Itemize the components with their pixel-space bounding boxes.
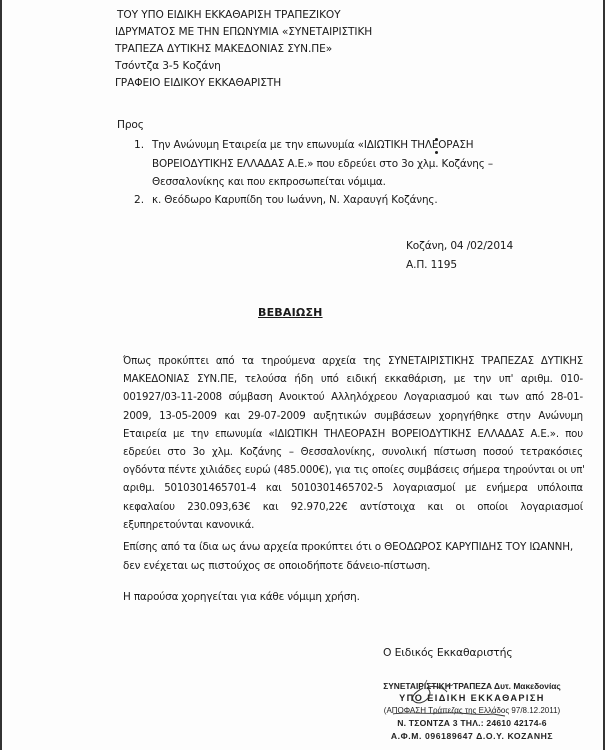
letterhead-line: Τσόντζα 3-5 Κοζάνη bbox=[115, 59, 221, 73]
recipient-line: Την Ανώνυμη Εταιρεία με την επωνυμία «ΙΔ… bbox=[152, 138, 473, 152]
paragraph-line: Όπως προκύπτει από τα τηρούμενα αρχεία τ… bbox=[123, 353, 583, 371]
paragraph-line: ογδόντα πέντε χιλιάδες ευρώ (485.000€), … bbox=[123, 462, 583, 480]
paragraph-closing: Η παρούσα χορηγείται για κάθε νόμιμη χρή… bbox=[123, 590, 360, 604]
stamp-line: (ΑΠΟΦΑΣΗ Τράπεζας της Ελλάδος 97/8.12.20… bbox=[372, 705, 572, 717]
paragraph-main: Όπως προκύπτει από τα τηρούμενα αρχεία τ… bbox=[123, 353, 583, 535]
paragraph-line: ΜΑΚΕΔΟΝΙΑΣ ΣΥΝ.ΠΕ, τελούσα ήδη υπό ειδικ… bbox=[123, 371, 583, 389]
document-page: ΤΟΥ ΥΠΟ ΕΙΔΙΚΗ ΕΚΚΑΘΑΡΙΣΗ ΤΡΑΠΕΖΙΚΟΥ ΙΔΡ… bbox=[0, 0, 605, 750]
recipient-line: ΒΟΡΕΙΟΔΥΤΙΚΗΣ ΕΛΛΑΔΑΣ Α.Ε.» που εδρεύει … bbox=[152, 157, 493, 171]
protocol-number: Α.Π. 1195 bbox=[406, 258, 457, 272]
paragraph-line: εδρεύει στο 3ο χλμ. Κοζάνης – Θεσσαλονίκ… bbox=[123, 444, 583, 462]
paragraph-line: αριθμ. 5010301465701-4 και 5010301465702… bbox=[123, 480, 583, 498]
document-title: ΒΕΒΑΙΩΣΗ bbox=[258, 306, 323, 319]
paragraph-line: εξυπηρετούνται κανονικά. bbox=[123, 517, 583, 535]
pen-mark bbox=[435, 138, 438, 141]
paragraph-line: 001927/03-11-2008 σύμβαση Ανοικτού Αλληλ… bbox=[123, 389, 583, 407]
letterhead-line: ΓΡΑΦΕΙΟ ΕΙΔΙΚΟΥ ΕΚΚΑΘΑΡΙΣΤΗ bbox=[115, 76, 281, 90]
recipient-number: 1. bbox=[134, 138, 144, 152]
recipients-label: Προς bbox=[117, 118, 144, 132]
paragraph-line: 2009, 13-05-2009 και 29-07-2009 αυξητικώ… bbox=[123, 408, 583, 426]
recipient-line: Θεσσαλονίκης και που εκπροσωπείται νόμιμ… bbox=[152, 175, 386, 189]
letterhead-line: ΤΟΥ ΥΠΟ ΕΙΔΙΚΗ ΕΚΚΑΘΑΡΙΣΗ ΤΡΑΠΕΖΙΚΟΥ bbox=[117, 8, 341, 22]
recipient-line-text: ΒΟΡΕΙΟΔΥΤΙΚΗΣ ΕΛΛΑΔΑΣ Α.Ε.» που εδρεύει … bbox=[152, 158, 493, 170]
paragraph-line: Επίσης από τα ίδια ως άνω αρχεία προκύπτ… bbox=[123, 540, 573, 554]
paragraph-line: δεν ενέχεται ως πιστούχος σε οποιοδήποτε… bbox=[123, 559, 430, 573]
stamp-line: Ν. ΤΣΟΝΤΖΑ 3 ΤΗΛ.: 24610 42174-6 bbox=[372, 717, 572, 729]
place-date: Κοζάνη, 04 /02/2014 bbox=[406, 239, 513, 253]
paragraph-line: Εταιρεία με την επωνυμία «ΙΔΙΩΤΙΚΗ ΤΗΛΕΟ… bbox=[123, 426, 583, 444]
stamp-line: ΥΠΟ ΕΙΔΙΚΗ ΕΚΚΑΘΑΡΙΣΗ bbox=[372, 692, 572, 704]
letterhead-line: ΙΔΡΥΜΑΤΟΣ ΜΕ ΤΗΝ ΕΠΩΝΥΜΙΑ «ΣΥΝΕΤΑΙΡΙΣΤΙΚ… bbox=[115, 25, 372, 39]
scan-border-left bbox=[0, 0, 2, 750]
signature-title: Ο Ειδικός Εκκαθαριστής bbox=[383, 646, 513, 660]
paragraph-line: κεφαλαίου 230.093,63€ και 92.970,22€ αντ… bbox=[123, 499, 583, 517]
stamp-line: ΣΥΝΕΤΑΙΡΙΣΤΙΚΗ ΤΡΑΠΕΖΑ Δυτ. Μακεδονίας bbox=[372, 680, 572, 692]
letterhead-line: ΤΡΑΠΕΖΑ ΔΥΤΙΚΗΣ ΜΑΚΕΔΟΝΙΑΣ ΣΥΝ.ΠΕ» bbox=[115, 42, 332, 56]
recipient-line: κ. Θεόδωρο Καρυπίδη του Ιωάννη, Ν. Χαραυ… bbox=[152, 193, 437, 207]
recipient-number: 2. bbox=[134, 193, 144, 207]
official-stamp: ΣΥΝΕΤΑΙΡΙΣΤΙΚΗ ΤΡΑΠΕΖΑ Δυτ. Μακεδονίας Υ… bbox=[372, 680, 572, 742]
pen-mark bbox=[435, 151, 438, 154]
stamp-line: Α.Φ.Μ. 096189647 Δ.Ο.Υ. ΚΟΖΑΝΗΣ bbox=[372, 730, 572, 742]
